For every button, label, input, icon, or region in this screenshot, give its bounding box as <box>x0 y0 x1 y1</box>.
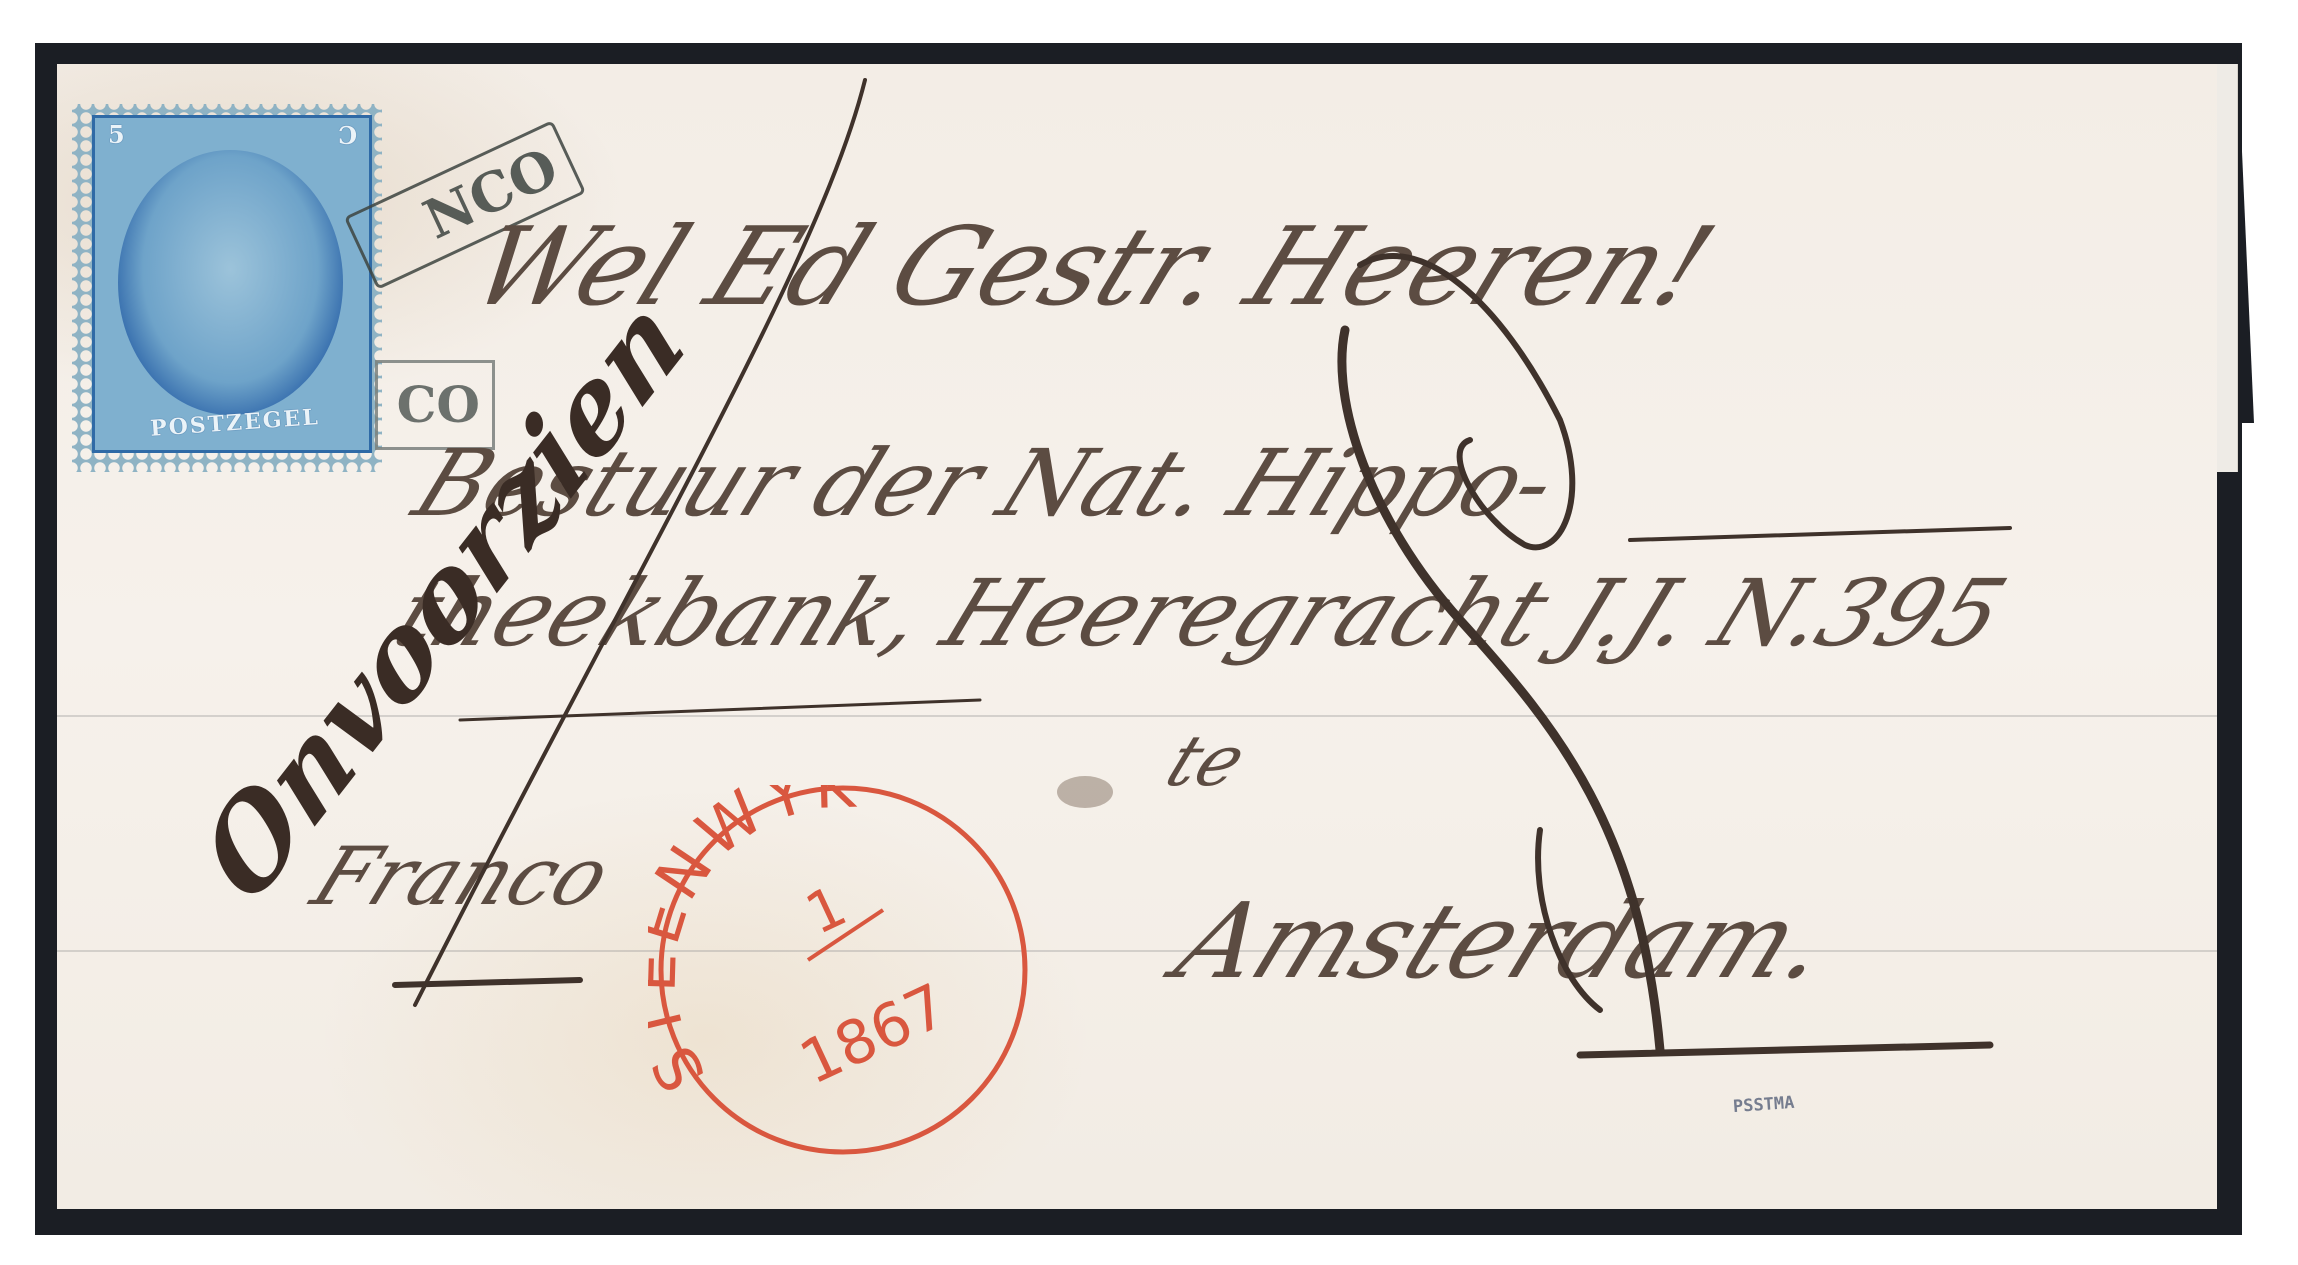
stamp-value-right: C <box>338 120 357 149</box>
fold-line <box>57 950 2217 952</box>
svg-text:1867: 1867 <box>790 971 958 1099</box>
svg-text:1: 1 <box>796 874 856 948</box>
address-city: Amsterdam. <box>1160 880 1850 1002</box>
franco-note: Franco <box>300 830 624 923</box>
stamp-value-left: 5 <box>108 120 125 149</box>
steenwyk-postmark: STEENWYK 1 1867 <box>648 785 1040 1157</box>
stamp-portrait-icon <box>118 150 343 415</box>
expert-signature-mark: PSSTMA <box>1732 1093 1795 1117</box>
address-line-3: theekbank, Heeregracht J.J. N.395 <box>380 560 2020 667</box>
